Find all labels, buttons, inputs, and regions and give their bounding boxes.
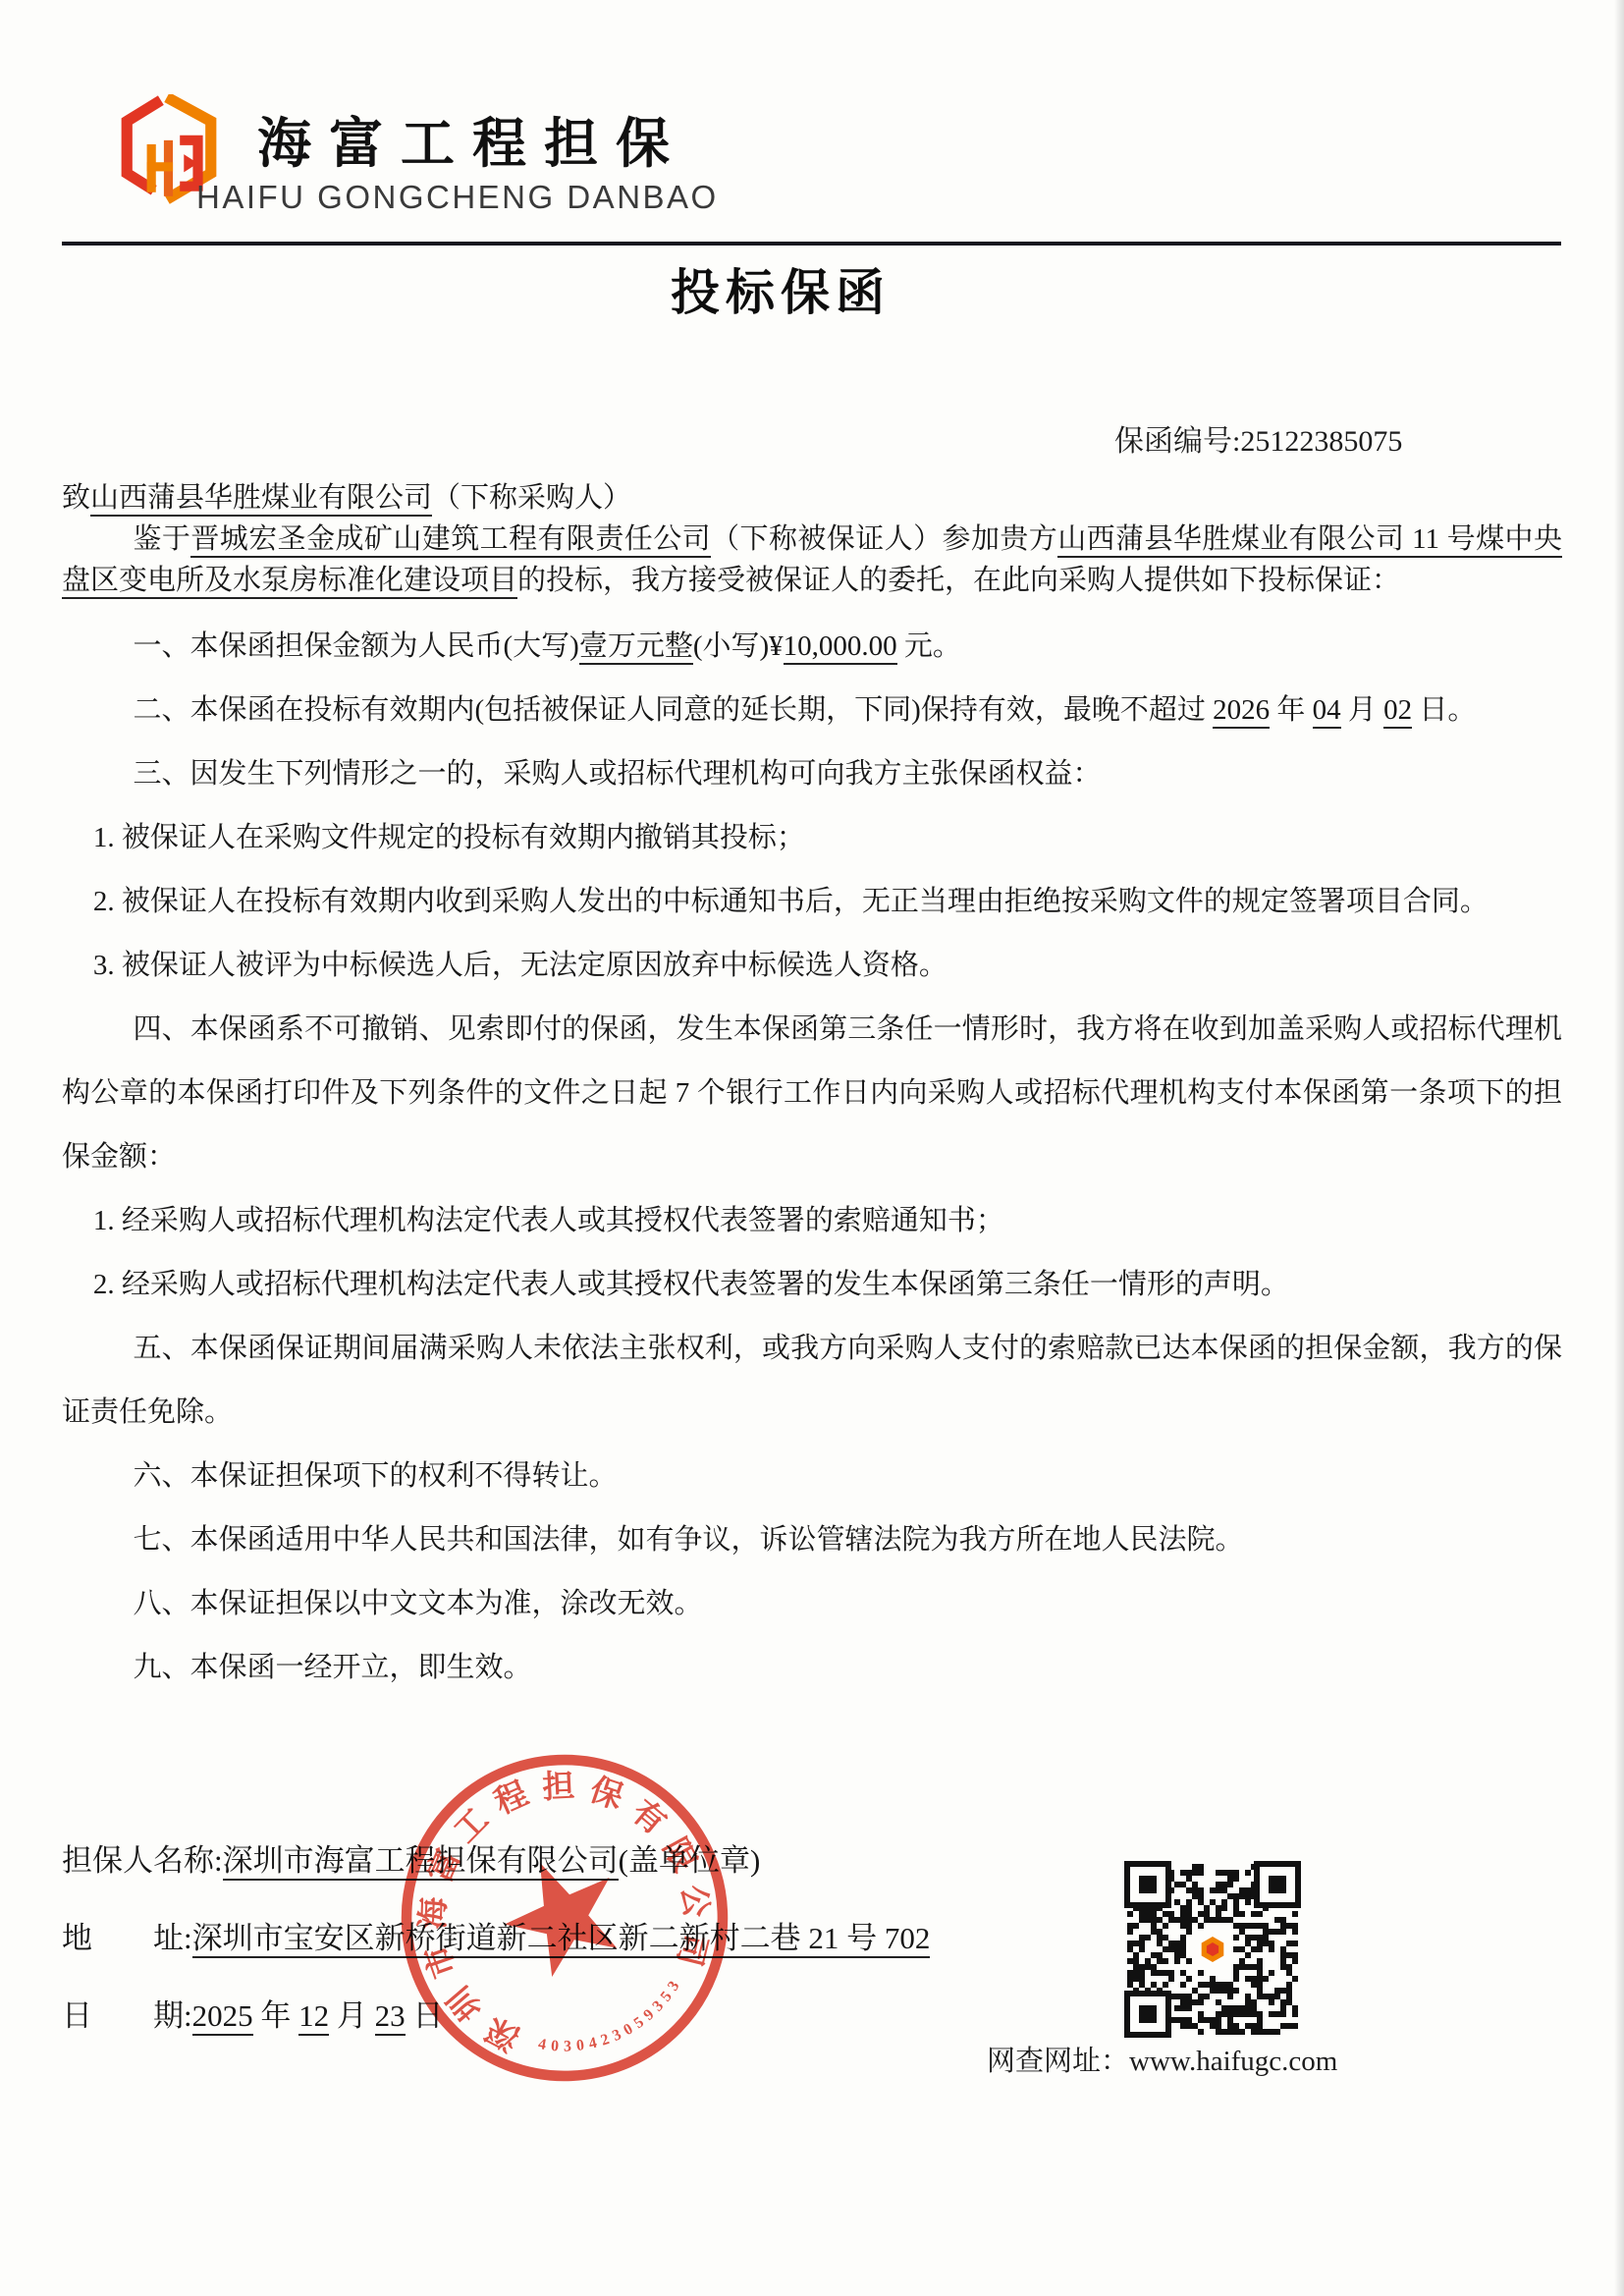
filled-in-value: 12 (298, 1998, 329, 2036)
svg-text:担: 担 (542, 1769, 576, 1806)
body-text: 2. 被保证人在投标有效期内收到采购人发出的中标通知书后，无正当理由拒绝按采购文… (93, 886, 1489, 917)
body-text: 四、本保函系不可撤销、见索即付的保函，发生本保函第三条任一情形时，我方将在收到加… (62, 1013, 1562, 1173)
paragraph: 三、因发生下列情形之一的，采购人或招标代理机构可向我方主张保函权益： (62, 742, 1562, 806)
paragraph: 1. 经采购人或招标代理机构法定代表人或其授权代表签署的索赔通知书； (62, 1189, 1562, 1253)
paragraph: 3. 被保证人被评为中标候选人后，无法定原因放弃中标候选人资格。 (62, 934, 1562, 998)
filled-in-value: 10,000.00 (784, 630, 897, 665)
body-text: 月 (1341, 694, 1384, 726)
body-text: 六、本保证担保项下的权利不得转让。 (134, 1460, 618, 1492)
filled-in-value: 02 (1383, 694, 1412, 729)
body-text: （下称被保证人）参加贵方 (711, 523, 1057, 555)
verification-url: 网查网址：www.haifugc.com (987, 2039, 1337, 2079)
paragraph: 七、本保函适用中华人民共和国法律，如有争议，诉讼管辖法院为我方所在地人民法院。 (62, 1508, 1562, 1572)
scan-edge-shadow (1614, 0, 1624, 2296)
body-text: 1. 被保证人在采购文件规定的投标有效期内撤销其投标； (93, 822, 805, 853)
paragraph: 五、本保函保证期间届满采购人未依法主张权利，或我方向采购人支付的索赔款已达本保函… (62, 1317, 1562, 1445)
paragraph: 2. 经采购人或招标代理机构法定代表人或其授权代表签署的发生本保函第三条任一情形… (62, 1253, 1562, 1317)
svg-text:有: 有 (624, 1793, 673, 1841)
body-text: 年 (1270, 694, 1313, 726)
paragraph: 1. 被保证人在采购文件规定的投标有效期内撤销其投标； (62, 806, 1562, 870)
ref-label: 保函编号: (1114, 425, 1240, 458)
filled-in-value: 2026 (1213, 694, 1270, 729)
signature-block: 担保人名称:深圳市海富工程担保有限公司(盖单位章)地 址:深圳市宝安区新桥街道新… (62, 1838, 1142, 2071)
body-text: 致 (62, 482, 90, 514)
body-text: 1. 经采购人或招标代理机构法定代表人或其授权代表签署的索赔通知书； (93, 1205, 1004, 1236)
filled-in-value: 山西蒲县华胜煤业有限公司 (90, 482, 432, 517)
ref-value: 25122385075 (1240, 425, 1402, 458)
filled-in-value: 壹万元整 (579, 630, 693, 665)
filled-in-value: 深圳市海富工程担保有限公司 (223, 1843, 619, 1881)
body-text: 日 (406, 1998, 444, 2033)
body-text: 的投标，我方接受被保证人的委托，在此向采购人提供如下投标保证： (517, 565, 1400, 596)
filled-in-value: 23 (375, 1998, 406, 2036)
body-text: 七、本保函适用中华人民共和国法律，如有争议，诉讼管辖法院为我方所在地人民法院。 (134, 1524, 1244, 1556)
body-text: 八、本保证担保以中文文本为准，涂改无效。 (134, 1588, 703, 1619)
paragraph: 六、本保证担保项下的权利不得转让。 (62, 1445, 1562, 1508)
document-body: 致山西蒲县华胜煤业有限公司（下称采购人）鉴于晋城宏圣金成矿山建筑工程有限责任公司… (62, 477, 1562, 1700)
brand-name-chinese: 海富工程担保 (257, 100, 687, 178)
body-text: (小写)¥ (693, 630, 784, 662)
filled-in-value: 2025 (192, 1998, 253, 2036)
body-text: 年 (253, 1998, 299, 2033)
svg-text:保: 保 (585, 1772, 627, 1817)
paragraph: 鉴于晋城宏圣金成矿山建筑工程有限责任公司（下称被保证人）参加贵方山西蒲县华胜煤业… (62, 519, 1562, 601)
body-text: 鉴于 (134, 523, 191, 555)
body-text: 二、本保函在投标有效期内(包括被保证人同意的延长期，下同)保持有效，最晚不超过 (134, 694, 1214, 726)
body-text: （下称采购人） (432, 482, 631, 514)
paragraph: 八、本保证担保以中文文本为准，涂改无效。 (62, 1572, 1562, 1636)
body-text: 元。 (897, 630, 961, 662)
body-text: 三、因发生下列情形之一的，采购人或招标代理机构可向我方主张保函权益： (134, 758, 1102, 790)
paragraph: 二、本保函在投标有效期内(包括被保证人同意的延长期，下同)保持有效，最晚不超过 … (62, 679, 1562, 742)
filled-in-value: 晋城宏圣金成矿山建筑工程有限责任公司 (190, 523, 711, 558)
field-label: 日 期: (62, 1998, 192, 2033)
svg-text:程: 程 (489, 1776, 533, 1822)
guarantee-ref-number: 保函编号:25122385075 (1114, 416, 1402, 460)
filled-in-value: 04 (1313, 694, 1341, 729)
document-title: 投标保函 (0, 253, 1561, 324)
intro-paragraphs: 致山西蒲县华胜煤业有限公司（下称采购人）鉴于晋城宏圣金成矿山建筑工程有限责任公司… (62, 477, 1562, 601)
body-text: 五、本保函保证期间届满采购人未依法主张权利，或我方向采购人支付的索赔款已达本保函… (62, 1333, 1562, 1428)
brand-name-english: HAIFU GONGCHENG DANBAO (196, 179, 719, 216)
body-text: 一、本保函担保金额为人民币(大写) (134, 630, 579, 662)
paragraph: 九、本保函一经开立，即生效。 (62, 1636, 1562, 1700)
signature-row: 担保人名称:深圳市海富工程担保有限公司(盖单位章) (62, 1838, 1142, 1884)
signature-row: 地 址:深圳市宝安区新桥街道新二社区新二新村二巷 21 号 702 (62, 1916, 1142, 1961)
body-text: 2. 经采购人或招标代理机构法定代表人或其授权代表签署的发生本保函第三条任一情形… (93, 1269, 1289, 1300)
body-text: 3. 被保证人被评为中标候选人后，无法定原因放弃中标候选人资格。 (93, 950, 947, 981)
scanned-document-page: 海富工程担保 HAIFU GONGCHENG DANBAO 投标保函 保函编号:… (0, 0, 1624, 2296)
signature-row: 日 期:2025 年 12 月 23 日 (62, 1994, 1142, 2039)
field-label: 担保人名称: (62, 1843, 223, 1878)
paragraph: 一、本保函担保金额为人民币(大写)壹万元整(小写)¥10,000.00 元。 (62, 615, 1562, 679)
paragraph: 致山西蒲县华胜煤业有限公司（下称采购人） (62, 477, 1562, 519)
body-text: 九、本保函一经开立，即生效。 (134, 1652, 532, 1683)
filled-in-value: 深圳市宝安区新桥街道新二社区新二新村二巷 21 号 702 (192, 1921, 931, 1958)
paragraph: 四、本保函系不可撤销、见索即付的保函，发生本保函第三条任一情形时，我方将在收到加… (62, 998, 1562, 1189)
verification-qr-code (1119, 1856, 1306, 2048)
body-text: 月 (329, 1998, 375, 2033)
clause-paragraphs: 一、本保函担保金额为人民币(大写)壹万元整(小写)¥10,000.00 元。二、… (62, 615, 1562, 1700)
body-text: 日。 (1412, 694, 1476, 726)
body-text: (盖单位章) (619, 1843, 761, 1878)
header-divider (62, 242, 1561, 246)
field-label: 地 址: (62, 1921, 192, 1955)
paragraph: 2. 被保证人在投标有效期内收到采购人发出的中标通知书后，无正当理由拒绝按采购文… (62, 870, 1562, 934)
